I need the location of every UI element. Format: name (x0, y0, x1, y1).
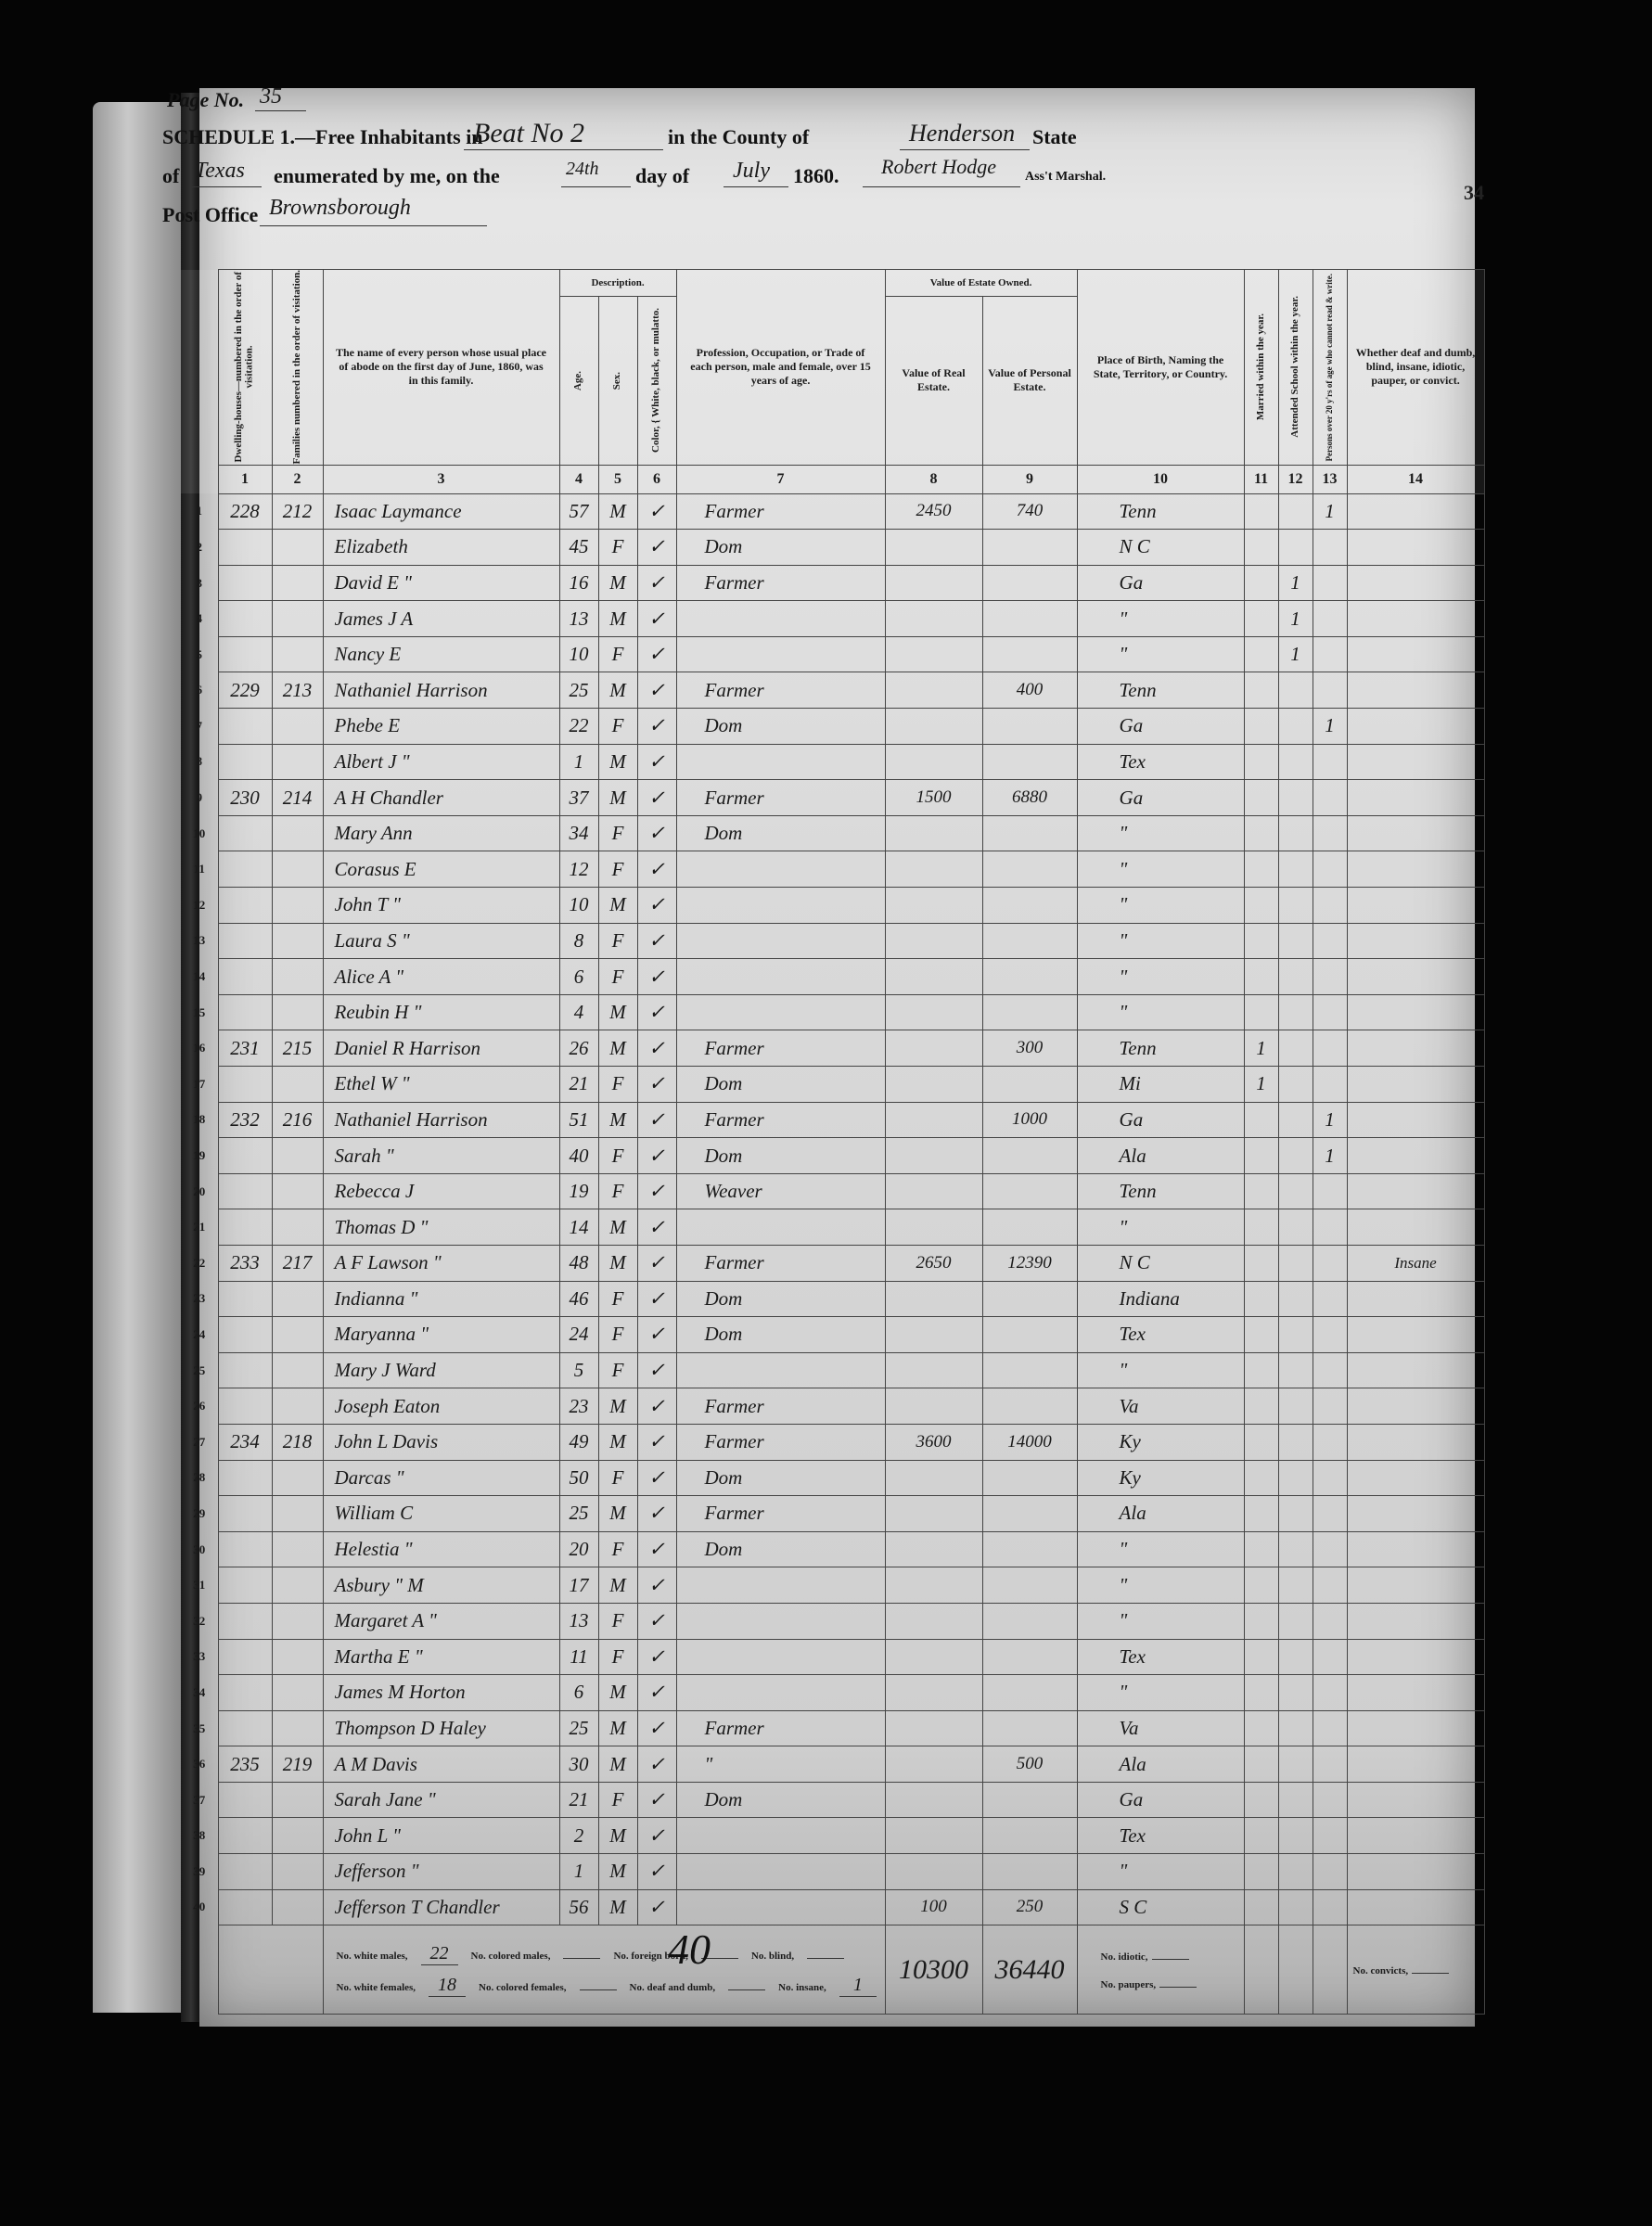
header-col-12-label: Attended School within the year. (1290, 296, 1301, 438)
real-estate-value: 1500 (885, 780, 982, 816)
cannot-read-write (1313, 851, 1347, 888)
cannot-read-write (1313, 1388, 1347, 1425)
line-number: 40 (181, 1889, 218, 1925)
line-number: 28 (181, 1460, 218, 1496)
attended-school (1278, 815, 1313, 851)
dwelling-number (218, 636, 272, 672)
color-mark: ✓ (637, 1245, 676, 1281)
real-estate-value (885, 1567, 982, 1604)
real-estate-value (885, 1496, 982, 1532)
header-col-4: Age. (559, 296, 598, 465)
age: 34 (559, 815, 598, 851)
deaf-dumb-label: No. deaf and dumb, (630, 1982, 716, 1993)
line-number: 9 (181, 780, 218, 816)
sex: M (598, 1209, 637, 1246)
occupation: Farmer (676, 1030, 885, 1067)
person-name: Mary Ann (323, 815, 559, 851)
state-underline (192, 186, 262, 187)
occupation (676, 1818, 885, 1854)
personal-estate-value (982, 1854, 1077, 1890)
age: 19 (559, 1173, 598, 1209)
attended-school: 1 (1278, 636, 1313, 672)
married-within-year (1244, 565, 1278, 601)
attended-school (1278, 1245, 1313, 1281)
attended-school (1278, 1818, 1313, 1854)
color-mark: ✓ (637, 1352, 676, 1388)
family-number (272, 1531, 323, 1567)
cannot-read-write (1313, 1067, 1347, 1103)
cannot-read-write (1313, 959, 1347, 995)
occupation (676, 923, 885, 959)
married-within-year (1244, 1102, 1278, 1138)
personal-estate-value (982, 1173, 1077, 1209)
dwelling-number (218, 1496, 272, 1532)
real-estate-value (885, 1675, 982, 1711)
family-number: 212 (272, 493, 323, 530)
cannot-read-write (1313, 780, 1347, 816)
family-number (272, 709, 323, 745)
real-estate-value (885, 1388, 982, 1425)
summary-idiotic-paupers: No. idiotic, No. paupers, (1077, 1925, 1244, 2015)
person-name: Jefferson " (323, 1854, 559, 1890)
cannot-read-write (1313, 1603, 1347, 1639)
family-number (272, 744, 323, 780)
dwelling-number (218, 1675, 272, 1711)
real-estate-value: 2450 (885, 493, 982, 530)
occupation (676, 1352, 885, 1388)
table-row: 18232216Nathaniel Harrison51M✓Farmer1000… (181, 1102, 1484, 1138)
dwelling-number (218, 1854, 272, 1890)
line-number: 5 (181, 636, 218, 672)
post-office-label: Post Office (162, 203, 258, 227)
sex: F (598, 1603, 637, 1639)
occupation: Dom (676, 1138, 885, 1174)
dwelling-number: 233 (218, 1245, 272, 1281)
condition (1347, 780, 1484, 816)
condition (1347, 1567, 1484, 1604)
line-number: 32 (181, 1603, 218, 1639)
sex: M (598, 672, 637, 709)
white-males-label: No. white males, (337, 1951, 408, 1962)
dwelling-number (218, 1067, 272, 1103)
personal-estate-value (982, 1317, 1077, 1353)
sex: M (598, 1102, 637, 1138)
color-mark: ✓ (637, 1496, 676, 1532)
cannot-read-write (1313, 815, 1347, 851)
table-row: 11Corasus E12F✓" (181, 851, 1484, 888)
age: 57 (559, 493, 598, 530)
day-of-label: day of (635, 164, 689, 188)
occupation (676, 636, 885, 672)
page-no-underline (255, 110, 306, 111)
dwelling-number: 230 (218, 780, 272, 816)
day-underline (561, 186, 631, 187)
married-within-year (1244, 1209, 1278, 1246)
county-underline (900, 149, 1030, 150)
line-number: 17 (181, 1067, 218, 1103)
cannot-read-write (1313, 565, 1347, 601)
dwelling-number (218, 1782, 272, 1818)
color-mark: ✓ (637, 636, 676, 672)
sex: M (598, 565, 637, 601)
family-number (272, 1317, 323, 1353)
birthplace: Va (1077, 1710, 1244, 1746)
real-estate-value (885, 1531, 982, 1567)
sex: M (598, 1889, 637, 1925)
table-row: 29William C25M✓FarmerAla (181, 1496, 1484, 1532)
real-estate-value (885, 1102, 982, 1138)
color-mark: ✓ (637, 1281, 676, 1317)
dwelling-number (218, 1818, 272, 1854)
enumeration-month: July (733, 159, 770, 184)
table-row: 35Thompson D Haley25M✓FarmerVa (181, 1710, 1484, 1746)
marshal-underline (863, 186, 1020, 187)
sex: M (598, 493, 637, 530)
age: 56 (559, 1889, 598, 1925)
birthplace: " (1077, 636, 1244, 672)
line-number-gutter (181, 1925, 218, 2015)
birthplace: " (1077, 1531, 1244, 1567)
personal-estate-value (982, 1460, 1077, 1496)
condition (1347, 1102, 1484, 1138)
person-name: Nancy E (323, 636, 559, 672)
condition (1347, 851, 1484, 888)
real-estate-value (885, 1603, 982, 1639)
personal-estate-value (982, 1388, 1077, 1425)
person-name: Darcas " (323, 1460, 559, 1496)
married-within-year (1244, 815, 1278, 851)
condition: Insane (1347, 1245, 1484, 1281)
table-row: 17Ethel W "21F✓DomMi1 (181, 1067, 1484, 1103)
birthplace: Tenn (1077, 672, 1244, 709)
color-mark: ✓ (637, 709, 676, 745)
person-name: Laura S " (323, 923, 559, 959)
line-number: 6 (181, 672, 218, 709)
header-col-10: Place of Birth, Naming the State, Territ… (1077, 270, 1244, 466)
attended-school (1278, 780, 1313, 816)
color-mark: ✓ (637, 565, 676, 601)
colored-males-label: No. colored males, (471, 1951, 551, 1962)
sex: M (598, 744, 637, 780)
married-within-year (1244, 1639, 1278, 1675)
sex: F (598, 1067, 637, 1103)
summary-blank-11 (1244, 1925, 1278, 2015)
attended-school (1278, 1209, 1313, 1246)
personal-estate-value (982, 530, 1077, 566)
sex: M (598, 1245, 637, 1281)
cannot-read-write (1313, 923, 1347, 959)
age: 25 (559, 1710, 598, 1746)
sex: F (598, 636, 637, 672)
dwelling-number (218, 1603, 272, 1639)
personal-estate-value (982, 636, 1077, 672)
header-col-5: Sex. (598, 296, 637, 465)
condition (1347, 530, 1484, 566)
age: 2 (559, 1818, 598, 1854)
real-estate-value (885, 1067, 982, 1103)
married-within-year (1244, 601, 1278, 637)
convicts-value (1412, 1973, 1449, 1974)
table-row: 1228212Isaac Laymance57M✓Farmer2450740Te… (181, 493, 1484, 530)
family-number (272, 959, 323, 995)
real-estate-value (885, 815, 982, 851)
white-females-value: 18 (429, 1975, 466, 1997)
family-number (272, 636, 323, 672)
color-mark: ✓ (637, 1531, 676, 1567)
line-number: 13 (181, 923, 218, 959)
color-mark: ✓ (637, 888, 676, 924)
real-estate-value (885, 1639, 982, 1675)
table-row: 15Reubin H "4M✓" (181, 994, 1484, 1030)
married-within-year (1244, 636, 1278, 672)
table-row: 37Sarah Jane "21F✓DomGa (181, 1782, 1484, 1818)
age: 48 (559, 1245, 598, 1281)
dwelling-number (218, 1889, 272, 1925)
white-females-label: No. white females, (337, 1982, 416, 1993)
personal-estate-value (982, 1281, 1077, 1317)
marshal-signature: Robert Hodge (881, 155, 996, 179)
sex: F (598, 530, 637, 566)
real-estate-value (885, 636, 982, 672)
total-personal-estate: 36440 (982, 1925, 1077, 2015)
deaf-dumb-value (728, 1989, 765, 1990)
sex: F (598, 959, 637, 995)
cannot-read-write (1313, 636, 1347, 672)
age: 49 (559, 1424, 598, 1460)
header-col-8: Value of Real Estate. (885, 296, 982, 465)
color-mark: ✓ (637, 530, 676, 566)
table-row: 33Martha E "11F✓Tex (181, 1639, 1484, 1675)
header-col-1-label: Dwelling-houses—numbered in the order of… (234, 270, 255, 465)
col-num-10: 10 (1077, 465, 1244, 493)
age: 5 (559, 1352, 598, 1388)
line-number: 21 (181, 1209, 218, 1246)
color-mark: ✓ (637, 1173, 676, 1209)
sex: M (598, 1818, 637, 1854)
cannot-read-write (1313, 601, 1347, 637)
real-estate-value (885, 1782, 982, 1818)
real-estate-value (885, 1138, 982, 1174)
family-number (272, 1138, 323, 1174)
age: 25 (559, 1496, 598, 1532)
birthplace: Ky (1077, 1460, 1244, 1496)
married-within-year (1244, 1317, 1278, 1353)
post-office-value: Brownsborough (269, 196, 411, 221)
real-estate-value (885, 1460, 982, 1496)
table-row: 36235219A M Davis30M✓"500Ala (181, 1746, 1484, 1783)
real-estate-value (885, 1030, 982, 1067)
attended-school (1278, 1173, 1313, 1209)
age: 26 (559, 1030, 598, 1067)
color-mark: ✓ (637, 959, 676, 995)
insane-value: 1 (839, 1975, 877, 1997)
dwelling-number (218, 1138, 272, 1174)
table-row: 31Asbury " M17M✓" (181, 1567, 1484, 1604)
col-num-11: 11 (1244, 465, 1278, 493)
age: 10 (559, 888, 598, 924)
cannot-read-write (1313, 1245, 1347, 1281)
occupation (676, 1675, 885, 1711)
family-number (272, 1496, 323, 1532)
attended-school (1278, 994, 1313, 1030)
header-col-14: Whether deaf and dumb, blind, insane, id… (1347, 270, 1484, 466)
table-row: 39Jefferson "1M✓" (181, 1854, 1484, 1890)
birthplace: " (1077, 1567, 1244, 1604)
attended-school (1278, 1531, 1313, 1567)
condition (1347, 1209, 1484, 1246)
dwelling-number (218, 994, 272, 1030)
birthplace: Tenn (1077, 493, 1244, 530)
summary-row: No. white males,22 No. colored males, No… (181, 1925, 1484, 2015)
real-estate-value (885, 744, 982, 780)
person-name: Isaac Laymance (323, 493, 559, 530)
color-mark: ✓ (637, 1424, 676, 1460)
cannot-read-write (1313, 1639, 1347, 1675)
birthplace: Ga (1077, 1102, 1244, 1138)
attended-school (1278, 1388, 1313, 1425)
sex: M (598, 1424, 637, 1460)
condition (1347, 1746, 1484, 1783)
line-number: 7 (181, 709, 218, 745)
enumeration-year: 1860. (793, 164, 839, 188)
attended-school: 1 (1278, 565, 1313, 601)
dwelling-number (218, 1317, 272, 1353)
married-within-year (1244, 780, 1278, 816)
colored-females-value (580, 1989, 617, 1990)
state-label: State (1032, 125, 1077, 149)
cannot-read-write: 1 (1313, 493, 1347, 530)
married-within-year (1244, 1424, 1278, 1460)
sex: F (598, 923, 637, 959)
attended-school (1278, 1782, 1313, 1818)
birthplace: Tenn (1077, 1030, 1244, 1067)
color-mark: ✓ (637, 1102, 676, 1138)
condition (1347, 1782, 1484, 1818)
convicts-label: No. convicts, (1353, 1965, 1409, 1977)
real-estate-value (885, 530, 982, 566)
sex: F (598, 1281, 637, 1317)
dwelling-number (218, 565, 272, 601)
paupers-value (1159, 1987, 1197, 1988)
occupation: Dom (676, 1067, 885, 1103)
family-number (272, 1782, 323, 1818)
person-name: Joseph Eaton (323, 1388, 559, 1425)
state-value: Texas (195, 159, 245, 184)
personal-estate-value: 12390 (982, 1245, 1077, 1281)
age: 25 (559, 672, 598, 709)
occupation (676, 1639, 885, 1675)
color-mark: ✓ (637, 672, 676, 709)
age: 14 (559, 1209, 598, 1246)
person-name: David E " (323, 565, 559, 601)
person-name: Nathaniel Harrison (323, 1102, 559, 1138)
occupation (676, 959, 885, 995)
personal-estate-value (982, 1138, 1077, 1174)
summary-convicts: No. convicts, (1347, 1925, 1484, 2015)
header-col-13: Persons over 20 y'rs of age who cannot r… (1313, 270, 1347, 466)
line-number: 37 (181, 1782, 218, 1818)
condition (1347, 1639, 1484, 1675)
married-within-year (1244, 1818, 1278, 1854)
person-name: James M Horton (323, 1675, 559, 1711)
age: 23 (559, 1388, 598, 1425)
line-number: 22 (181, 1245, 218, 1281)
personal-estate-value (982, 1496, 1077, 1532)
age: 20 (559, 1531, 598, 1567)
line-number: 34 (181, 1675, 218, 1711)
table-row: 10Mary Ann34F✓Dom" (181, 815, 1484, 851)
attended-school (1278, 1138, 1313, 1174)
married-within-year (1244, 1173, 1278, 1209)
col-num-8: 8 (885, 465, 982, 493)
occupation: Dom (676, 1317, 885, 1353)
married-within-year: 1 (1244, 1030, 1278, 1067)
occupation (676, 1567, 885, 1604)
personal-estate-value (982, 1818, 1077, 1854)
cannot-read-write (1313, 1424, 1347, 1460)
sex: F (598, 1352, 637, 1388)
table-row: 7Phebe E22F✓DomGa1 (181, 709, 1484, 745)
condition (1347, 815, 1484, 851)
cannot-read-write: 1 (1313, 1102, 1347, 1138)
birthplace: Va (1077, 1388, 1244, 1425)
page-no: 35 (260, 84, 282, 109)
real-estate-value (885, 1710, 982, 1746)
cannot-read-write: 1 (1313, 1138, 1347, 1174)
condition (1347, 1317, 1484, 1353)
attended-school (1278, 709, 1313, 745)
sex: M (598, 888, 637, 924)
birthplace: " (1077, 888, 1244, 924)
sex: F (598, 1460, 637, 1496)
personal-estate-value (982, 601, 1077, 637)
cannot-read-write (1313, 1889, 1347, 1925)
condition (1347, 1854, 1484, 1890)
family-number (272, 923, 323, 959)
condition (1347, 1531, 1484, 1567)
occupation (676, 1603, 885, 1639)
occupation: Dom (676, 1460, 885, 1496)
personal-estate-value: 400 (982, 672, 1077, 709)
family-number (272, 1710, 323, 1746)
age: 40 (559, 1138, 598, 1174)
person-name: Margaret A " (323, 1603, 559, 1639)
colored-females-label: No. colored females, (479, 1982, 567, 1993)
dwelling-number: 231 (218, 1030, 272, 1067)
occupation: Farmer (676, 565, 885, 601)
condition (1347, 1030, 1484, 1067)
family-number: 215 (272, 1030, 323, 1067)
family-number (272, 1675, 323, 1711)
color-mark: ✓ (637, 1675, 676, 1711)
table-row: 30Helestia "20F✓Dom" (181, 1531, 1484, 1567)
married-within-year (1244, 994, 1278, 1030)
condition (1347, 959, 1484, 995)
table-row: 32Margaret A "13F✓" (181, 1603, 1484, 1639)
color-mark: ✓ (637, 1782, 676, 1818)
attended-school (1278, 888, 1313, 924)
real-estate-value (885, 1281, 982, 1317)
occupation: Dom (676, 815, 885, 851)
occupation (676, 601, 885, 637)
cannot-read-write (1313, 1710, 1347, 1746)
personal-estate-value (982, 1603, 1077, 1639)
age: 6 (559, 1675, 598, 1711)
dwelling-number (218, 923, 272, 959)
attended-school (1278, 1496, 1313, 1532)
header-col-9: Value of Personal Estate. (982, 296, 1077, 465)
personal-estate-value (982, 1352, 1077, 1388)
